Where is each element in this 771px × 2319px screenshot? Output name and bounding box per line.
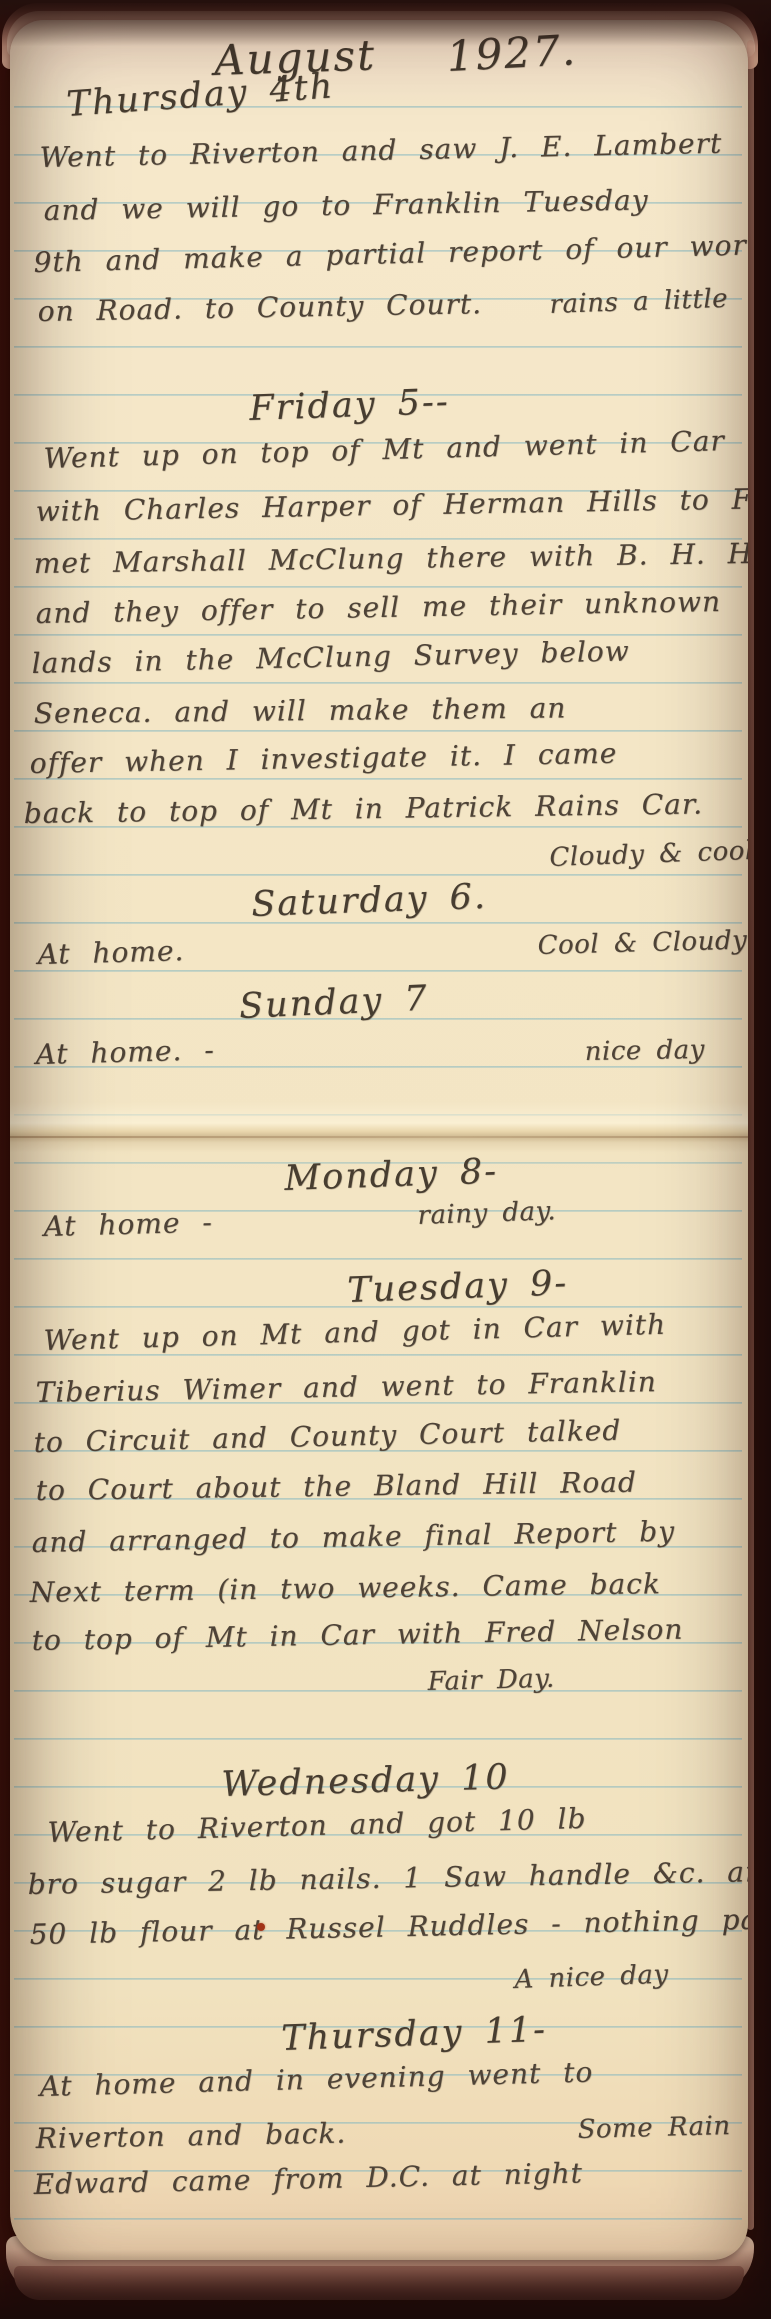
diary-page-photo: August 1927. Thursday 4th Went to Rivert… bbox=[0, 0, 771, 2319]
entry-line: with Charles Harper of Herman Hills to F… bbox=[35, 483, 748, 528]
weather-note: Some Rain bbox=[577, 2112, 731, 2145]
entry-heading: Thursday 4th bbox=[65, 67, 335, 124]
entry-line: Went up on Mt and got in Car with bbox=[43, 1310, 666, 1357]
weather-note: rains a little bbox=[549, 285, 728, 320]
entry-heading: Monday 8- bbox=[284, 1153, 499, 1199]
entry-line: to Court about the Bland Hill Road bbox=[36, 1468, 637, 1507]
entry-line: At home and in evening went to bbox=[39, 2058, 593, 2103]
entry-heading: Wednesday 10 bbox=[221, 1758, 510, 1804]
page-edge-stack-bottom-inner bbox=[14, 2266, 744, 2300]
entry-line: Seneca. and will make them an bbox=[34, 693, 567, 729]
entry-line: to top of Mt in Car with Fred Nelson bbox=[31, 1615, 683, 1657]
entry-line: offer when I investigate it. I came bbox=[29, 739, 617, 780]
entry-line: and we will go to Franklin Tuesday bbox=[43, 185, 648, 226]
ink-spot bbox=[257, 1923, 265, 1931]
weather-note: nice day bbox=[585, 1036, 706, 1067]
weather-note: A nice day bbox=[514, 1961, 669, 1995]
entry-heading: Thursday 11- bbox=[281, 2011, 548, 2059]
weather-note: Cool & Cloudy bbox=[537, 927, 747, 961]
weather-note: rainy day. bbox=[417, 1197, 557, 1230]
entry-line: At home - bbox=[43, 1208, 213, 1243]
year-heading: 1927. bbox=[446, 27, 578, 80]
entry-line: At home. bbox=[37, 936, 185, 971]
diary-paper: August 1927. Thursday 4th Went to Rivert… bbox=[10, 20, 748, 2260]
entry-line: met Marshall McClung there with B. H. Hi… bbox=[34, 538, 748, 580]
page-edge-right bbox=[747, 40, 754, 2230]
entry-heading: Friday 5-- bbox=[249, 383, 451, 428]
entry-line: Went to Riverton and saw J. E. Lambert bbox=[39, 129, 722, 174]
entry-line: and arranged to make final Report by bbox=[31, 1517, 675, 1559]
entry-line: back to top of Mt in Patrick Rains Car. bbox=[24, 790, 704, 830]
entry-line: lands in the McClung Survey below bbox=[31, 636, 630, 679]
entry-line: Riverton and back. bbox=[35, 2119, 346, 2155]
entry-heading: Saturday 6. bbox=[251, 878, 488, 925]
entry-line: on Road. to County Court. bbox=[37, 289, 482, 328]
entry-line: At home. - bbox=[35, 1035, 215, 1070]
entry-line: 9th and make a partial report of our wor… bbox=[33, 230, 748, 279]
entry-heading: Tuesday 9- bbox=[347, 1264, 569, 1310]
entry-line: bro sugar 2 lb nails. 1 Saw handle &c. a… bbox=[27, 1857, 748, 1901]
entry-line: Went to Riverton and got 10 lb bbox=[47, 1804, 587, 1849]
entry-line: Went up on top of Mt and went in Car bbox=[43, 426, 725, 475]
entry-line: 50 lb flour at Russel Ruddles - nothing … bbox=[29, 1904, 748, 1951]
weather-note: Cloudy & cool. bbox=[549, 837, 748, 873]
page-fold-edge bbox=[10, 1136, 748, 1138]
entry-line: to Circuit and County Court talked bbox=[33, 1416, 621, 1459]
weather-note: Fair Day. bbox=[427, 1665, 555, 1697]
entry-line: Edward came from D.C. at night bbox=[33, 2159, 583, 2201]
entry-line: Next term (in two weeks. Came back bbox=[30, 1569, 661, 1609]
entry-line: Tiberius Wimer and went to Franklin bbox=[35, 1367, 657, 1409]
entry-line: and they offer to sell me their unknown bbox=[35, 587, 721, 630]
entry-heading: Sunday 7 bbox=[238, 980, 429, 1027]
